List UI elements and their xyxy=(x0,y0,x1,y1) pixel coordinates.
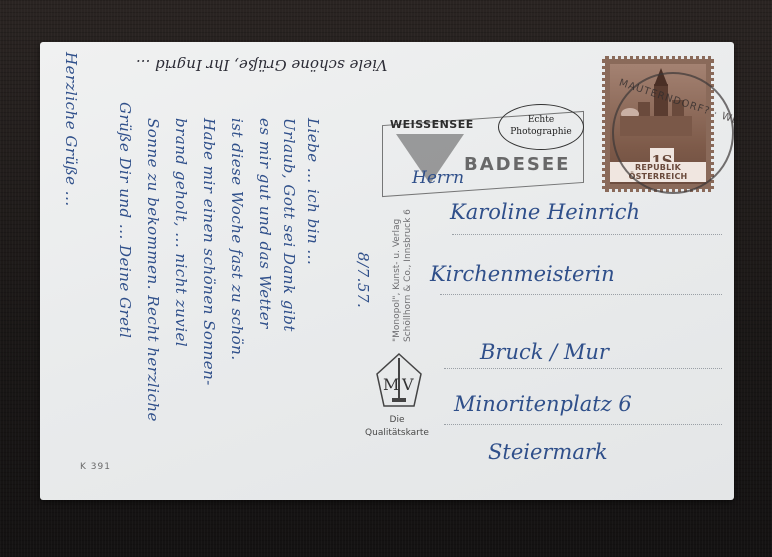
address-dotted-line xyxy=(444,368,722,369)
mv-pentagon-logo-icon: M V xyxy=(374,352,424,410)
message-line: Herzliche Grüße ... xyxy=(62,52,80,207)
svg-text:V: V xyxy=(401,375,414,394)
publisher-imprint: "Monopol", Kunst- u. Verlag Schöllhorn &… xyxy=(392,209,414,342)
address-street: Minoritenplatz 6 xyxy=(454,392,632,416)
message-line: brand geholt, ... nicht zuviel xyxy=(172,118,190,347)
address-name: Karoline Heinrich xyxy=(450,200,640,224)
message-line: Grüße Dir und ... Deine Gretl xyxy=(116,102,134,338)
message-line: Sonne zu bekommen. Recht herzliche xyxy=(144,118,162,422)
message-line: Urlaub, Gott sei Dank gibt xyxy=(280,118,298,332)
logo-caption-line: Qualitätskarte xyxy=(352,427,442,440)
svg-text:M: M xyxy=(383,375,399,394)
postcard: Viele schöne Grüße, Ihr Ingrid ... Liebe… xyxy=(40,42,734,500)
address-dotted-line xyxy=(444,424,722,425)
address-region: Steiermark xyxy=(488,440,608,464)
message-line: ist diese Woche fast zu schön. xyxy=(228,118,246,361)
address-salutation: Herrn xyxy=(412,168,464,188)
logo-caption: Die Qualitätskarte xyxy=(352,414,442,440)
address-line-2: Kirchenmeisterin xyxy=(430,262,615,286)
message-line: es mir gut und das Wetter xyxy=(256,118,274,329)
publisher-line: Schöllhorn & Co., Innsbruck 6 xyxy=(403,209,414,342)
address-dotted-line xyxy=(452,234,722,235)
publisher-line: "Monopol", Kunst- u. Verlag xyxy=(392,209,403,342)
address-city: Bruck / Mur xyxy=(480,340,609,364)
echte-photographie-oval: Echte Photographie xyxy=(498,104,584,150)
upside-down-greeting: Viele schöne Grüße, Ihr Ingrid ... xyxy=(136,56,387,74)
address-dotted-line xyxy=(440,294,722,295)
cancel-place: WEISSENSEE xyxy=(390,118,474,131)
oval-line: Photographie xyxy=(499,126,583,138)
cancel-slogan: BADESEE xyxy=(464,154,570,175)
message-line: Habe mir einen schönen Sonnen- xyxy=(200,118,218,386)
message-line: Liebe ... ich bin ... xyxy=(304,118,322,265)
handwritten-date: 8/7.57. xyxy=(354,252,372,308)
card-code: K 391 xyxy=(80,462,111,472)
logo-caption-line: Die xyxy=(352,414,442,427)
oval-line: Echte xyxy=(499,114,583,126)
